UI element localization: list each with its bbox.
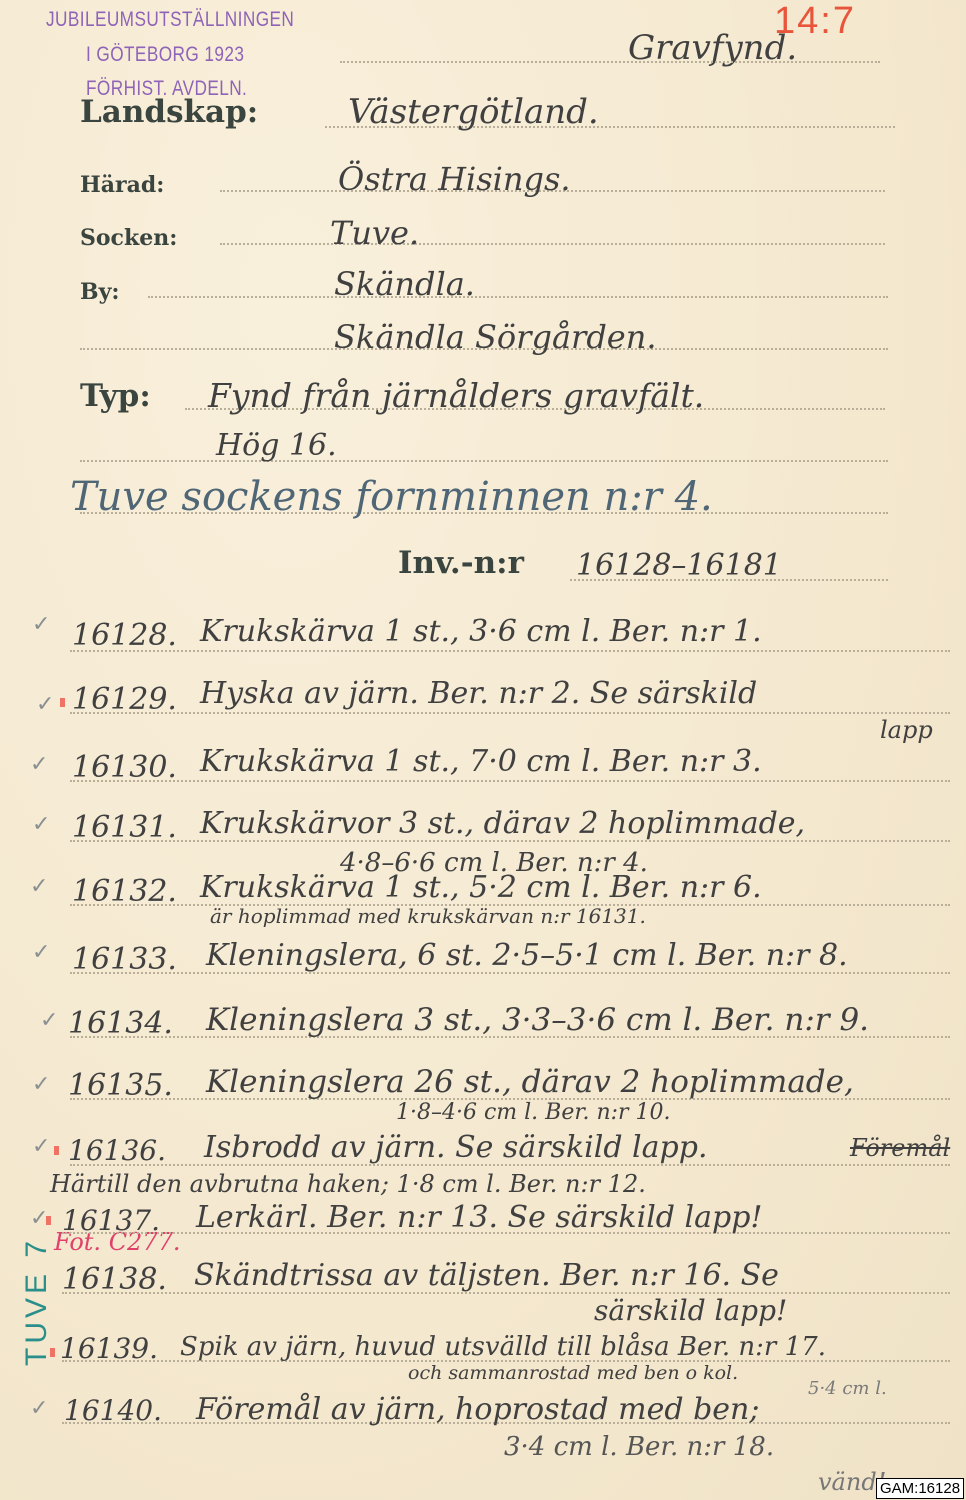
typ-dotted-line-2	[80, 460, 888, 462]
typ-value: Fynd från järnålders gravfält.	[208, 376, 704, 415]
entry-extra: lapp	[880, 716, 933, 744]
check-mark-icon: ✓	[32, 940, 50, 965]
entry-number: 16135.	[68, 1068, 173, 1103]
red-mark-icon	[50, 1348, 55, 1357]
entry-extra: 3·4 cm l. Ber. n:r 18.	[504, 1432, 774, 1462]
check-mark-icon: ✓	[30, 752, 48, 777]
entry-number: 16136.	[68, 1134, 166, 1167]
inventory-value: 16128–16181	[576, 548, 782, 583]
entry-number: 16134.	[68, 1006, 173, 1041]
entry-number: 16131.	[72, 810, 177, 845]
check-mark-icon: ✓	[32, 612, 50, 637]
socken-value: Tuve.	[330, 214, 419, 252]
fornminne-note: Tuve sockens fornminnen n:r 4.	[70, 474, 713, 520]
entry-text: Föremål av järn, hoprostad med ben;	[196, 1392, 759, 1427]
landskap-label: Landskap:	[80, 94, 258, 130]
entry-text: Krukskärvor 3 st., därav 2 hoplimmade,	[200, 806, 805, 841]
entry-dotted-line	[70, 650, 950, 652]
entry-number: 16139.	[60, 1332, 158, 1365]
entry-text: Isbrodd av järn. Se särskild lapp.	[204, 1130, 707, 1165]
by-label: By:	[80, 279, 120, 305]
check-mark-icon: ✓	[30, 1396, 48, 1421]
entry-number: 16137.	[62, 1204, 160, 1237]
side-label: TUVE 7	[20, 1237, 54, 1366]
entry-extra: och sammanrostad med ben o kol.	[408, 1362, 738, 1384]
socken-dotted-line	[220, 243, 885, 245]
red-mark-icon	[60, 698, 65, 707]
check-mark-icon: ✓	[36, 692, 54, 717]
by-value-2: Skändla Sörgården.	[334, 318, 657, 356]
check-mark-icon: ✓	[30, 874, 48, 899]
by-dotted-line	[148, 296, 888, 298]
entry-text: Krukskärva 1 st., 7·0 cm l. Ber. n:r 3.	[200, 744, 762, 779]
check-mark-icon: ✓	[40, 1008, 58, 1033]
entry-number: 16140.	[64, 1394, 162, 1427]
entry-number: 16130.	[72, 750, 177, 785]
red-mark-icon	[46, 1216, 51, 1225]
harad-value: Östra Hisings.	[338, 160, 571, 198]
entry-text: Krukskärva 1 st., 5·2 cm l. Ber. n:r 6.	[200, 870, 762, 905]
entry-extra-2: 5·4 cm l.	[808, 1378, 887, 1399]
entry-number: 16133.	[72, 942, 177, 977]
typ-label: Typ:	[80, 378, 151, 414]
inventory-label: Inv.-n:r	[398, 545, 524, 581]
stamp-line-2: I GÖTEBORG 1923	[86, 43, 244, 67]
entry-extra: 1·8–4·6 cm l. Ber. n:r 10.	[396, 1100, 671, 1125]
socken-label: Socken:	[80, 225, 177, 251]
entry-extra: Härtill den avbrutna haken; 1·8 cm l. Be…	[50, 1170, 646, 1198]
by-value: Skändla.	[334, 265, 475, 303]
stamp-line-1: JUBILEUMSUTSTÄLLNINGEN	[46, 8, 294, 32]
entry-number: 16132.	[72, 874, 177, 909]
landskap-value: Västergötland.	[348, 92, 599, 132]
entry-text: Kleningslera 26 st., därav 2 hoplimmade,	[206, 1064, 854, 1100]
entry-struck-word: Föremål	[850, 1134, 950, 1162]
check-mark-icon: ✓	[32, 1134, 50, 1159]
catalog-id-label: GAM:16128	[876, 1478, 964, 1499]
entry-text: Lerkärl. Ber. n:r 13. Se särskild lapp!	[196, 1200, 762, 1235]
entry-text: Kleningslera, 6 st. 2·5–5·1 cm l. Ber. n…	[206, 938, 848, 973]
entry-text: Krukskärva 1 st., 3·6 cm l. Ber. n:r 1.	[200, 614, 762, 649]
harad-label: Härad:	[80, 172, 164, 198]
typ-value-2: Hög 16.	[216, 428, 337, 463]
entry-text: Hyska av järn. Ber. n:r 2. Se särskild	[200, 676, 757, 711]
category-dotted-line	[340, 61, 880, 63]
entry-extra: är hoplimmad med krukskärvan n:r 16131.	[210, 904, 646, 928]
check-mark-icon: ✓	[32, 812, 50, 837]
entry-extra: särskild lapp!	[594, 1294, 787, 1327]
entry-text: Kleningslera 3 st., 3·3–3·6 cm l. Ber. n…	[206, 1002, 869, 1038]
entry-dotted-line	[70, 712, 950, 714]
entry-number: 16138.	[62, 1262, 167, 1297]
entry-number: 16129.	[72, 682, 177, 717]
entry-dotted-line	[70, 780, 950, 782]
check-mark-icon: ✓	[32, 1072, 50, 1097]
entry-text: Spik av järn, huvud utsvälld till blåsa …	[180, 1332, 826, 1362]
entry-number: 16128.	[72, 618, 177, 653]
entry-text: Skändtrissa av täljsten. Ber. n:r 16. Se	[194, 1258, 779, 1293]
red-mark-icon	[54, 1146, 59, 1155]
